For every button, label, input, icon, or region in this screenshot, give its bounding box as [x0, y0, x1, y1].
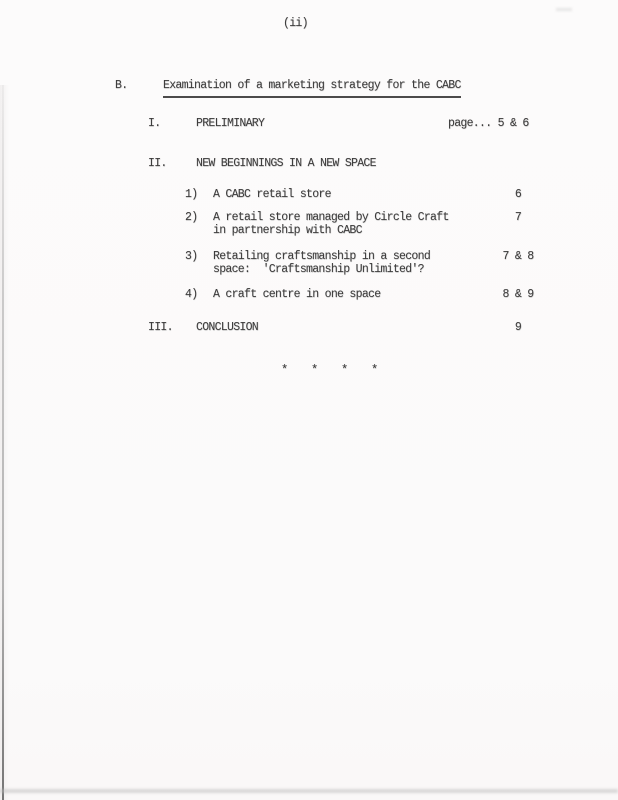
folio-page-number: (ii)	[283, 17, 308, 30]
heading-title-underlined: Examination of a marketing strategy for …	[163, 79, 461, 98]
scan-bottom-edge-smudge	[0, 789, 618, 793]
item-2-number: 2)	[185, 211, 197, 224]
item-3-number: 3)	[185, 250, 197, 263]
item-3-text-line-1: Retailing craftsmanship in a second	[213, 250, 430, 263]
section-1-title: PRELIMINARY	[196, 117, 264, 130]
item-1-text: A CABC retail store	[213, 188, 331, 201]
section-2-title: NEW BEGINNINGS IN A NEW SPACE	[196, 157, 376, 170]
scan-left-edge-line	[2, 85, 4, 800]
heading-label: B.	[115, 79, 127, 92]
section-3-numeral: III.	[148, 321, 173, 334]
section-1-numeral: I.	[148, 117, 160, 130]
scanned-document-page: (ii) B. Examination of a marketing strat…	[0, 0, 618, 800]
scan-top-right-smudge	[556, 8, 572, 11]
item-3-text-line-2: space: 'Craftsmanship Unlimited'?	[213, 263, 424, 276]
item-4-text: A craft centre in one space	[213, 288, 380, 301]
item-2-text-line-1: A retail store managed by Circle Craft	[213, 211, 449, 224]
section-2-numeral: II.	[148, 157, 167, 170]
section-3-pages: 9	[484, 321, 552, 334]
item-3-pages: 7 & 8	[484, 250, 552, 263]
item-2-pages: 7	[484, 211, 552, 224]
section-3-title: CONCLUSION	[196, 321, 258, 334]
asterisk-separator: * * * *	[281, 364, 378, 377]
item-1-pages: 6	[484, 188, 552, 201]
section-1-pages: page... 5 & 6	[448, 117, 529, 130]
item-4-pages: 8 & 9	[484, 288, 552, 301]
item-1-number: 1)	[185, 188, 197, 201]
item-4-number: 4)	[185, 288, 197, 301]
item-2-text-line-2: in partnership with CABC	[213, 224, 362, 237]
